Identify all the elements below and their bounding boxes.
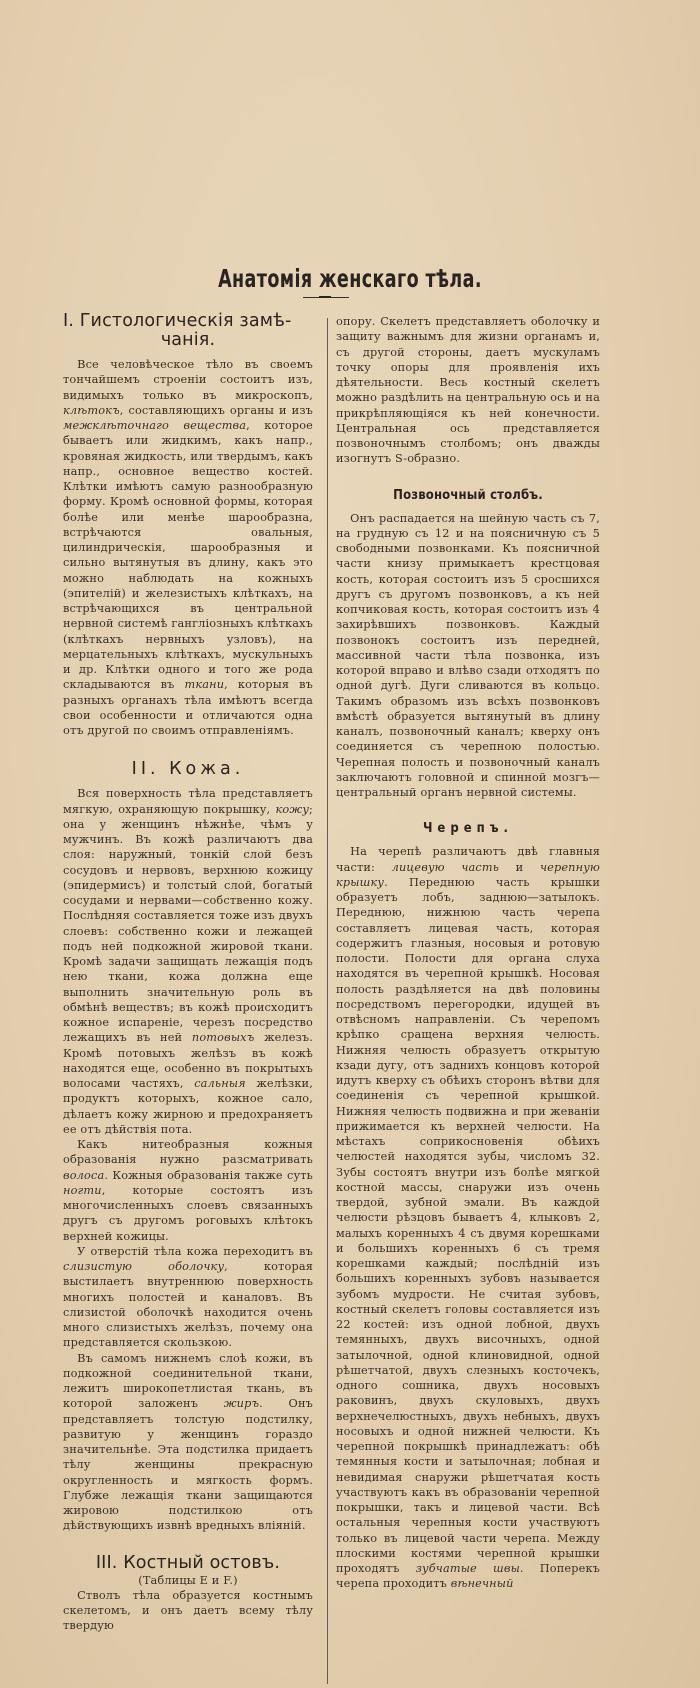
emphasized-term: потовыхъ: [192, 1031, 254, 1044]
text-run: , которое бываетъ или жидкимъ, какъ напр…: [63, 419, 313, 691]
emphasized-term: ткани: [184, 678, 224, 691]
title-ornament-rule: [303, 297, 349, 298]
text-run: Какъ нитеобразныя кожныя образованія нуж…: [63, 1138, 313, 1166]
text-run: . Кожныя образованія также суть: [104, 1169, 313, 1182]
paragraph: У отверстій тѣла кожа переходитъ въ слиз…: [63, 1244, 313, 1351]
paragraph: Стволъ тѣла образуется костнымъ скелетом…: [63, 1588, 313, 1634]
emphasized-term: вѣнечный: [451, 1577, 514, 1590]
text-run: . Переднюю часть крышки образуетъ лобъ, …: [336, 876, 600, 1575]
section-1-heading-line2: чанія.: [63, 331, 313, 350]
skull-heading: Черепъ.: [336, 820, 600, 837]
section-3-heading: III. Костный остовъ.: [63, 1554, 313, 1573]
emphasized-term: клѣтокъ: [63, 404, 120, 417]
paragraph: Какъ нитеобразныя кожныя образованія нуж…: [63, 1137, 313, 1244]
text-run: Онъ распадается на шейную часть съ 7, на…: [336, 512, 600, 800]
section-3-body: Стволъ тѣла образуется костнымъ скелетом…: [63, 1588, 313, 1634]
section-1-body: Все человѣческое тѣло въ своемъ тончайше…: [63, 357, 313, 738]
text-run: , составляющихъ органы и изъ: [120, 404, 313, 417]
emphasized-term: лицевую часть: [392, 861, 499, 874]
emphasized-term: жиръ: [224, 1397, 259, 1410]
continuation-body: опору. Скелетъ представляетъ оболочку и …: [336, 314, 600, 467]
text-run: ; она у женщинъ нѣжнѣе, чѣмъ у мужчинъ. …: [63, 803, 313, 1045]
emphasized-term: волоса: [63, 1169, 104, 1182]
paragraph: Все человѣческое тѣло въ своемъ тончайше…: [63, 357, 313, 738]
page-title: Анатомія женскаго тѣла.: [77, 264, 623, 293]
text-run: , которая выстилаетъ внутреннюю поверхно…: [63, 1260, 313, 1349]
right-column: опору. Скелетъ представляетъ оболочку и …: [336, 314, 600, 1592]
spine-body: Онъ распадается на шейную часть съ 7, на…: [336, 511, 600, 801]
left-column: I. Гистологическія замѣ- чанія. Все чело…: [63, 312, 313, 1633]
paragraph: Въ самомъ нижнемъ слоѣ кожи, въ подкожно…: [63, 1351, 313, 1534]
column-divider: [327, 318, 328, 1684]
text-run: . Онъ представляетъ толстую подстилку, р…: [63, 1397, 313, 1532]
section-1-heading: I. Гистологическія замѣ- чанія.: [63, 312, 313, 350]
text-run: и: [499, 861, 540, 874]
paragraph: Онъ распадается на шейную часть съ 7, на…: [336, 511, 600, 801]
section-1-heading-line1: I. Гистологическія замѣ-: [63, 311, 291, 331]
paragraph: На черепѣ различаютъ двѣ главныя части: …: [336, 844, 600, 1591]
emphasized-term: ногти: [63, 1184, 102, 1197]
text-run: Стволъ тѣла образуется костнымъ скелетом…: [63, 1589, 313, 1633]
emphasized-term: зубчатые швы: [416, 1562, 520, 1575]
text-run: Все человѣческое тѣло въ своемъ тончайше…: [63, 358, 313, 402]
emphasized-term: кожу: [275, 803, 309, 816]
skull-body: На черепѣ различаютъ двѣ главныя части: …: [336, 844, 600, 1591]
text-run: У отверстій тѣла кожа переходитъ въ: [77, 1245, 313, 1258]
emphasized-term: слизистую оболочку: [63, 1260, 224, 1273]
paragraph: опору. Скелетъ представляетъ оболочку и …: [336, 314, 600, 467]
emphasized-term: межклѣточнаго вещества: [63, 419, 246, 432]
text-run: опору. Скелетъ представляетъ оболочку и …: [336, 315, 600, 465]
spine-heading: Позвоночный столбъ.: [336, 487, 600, 504]
section-2-body: Вся поверхность тѣла представляетъ мягку…: [63, 786, 313, 1533]
section-2-heading: II. Кожа.: [63, 760, 313, 779]
emphasized-term: сальныя: [194, 1077, 246, 1090]
paragraph: Вся поверхность тѣла представляетъ мягку…: [63, 786, 313, 1137]
section-3-caption: (Таблицы E и F.): [63, 1573, 313, 1588]
